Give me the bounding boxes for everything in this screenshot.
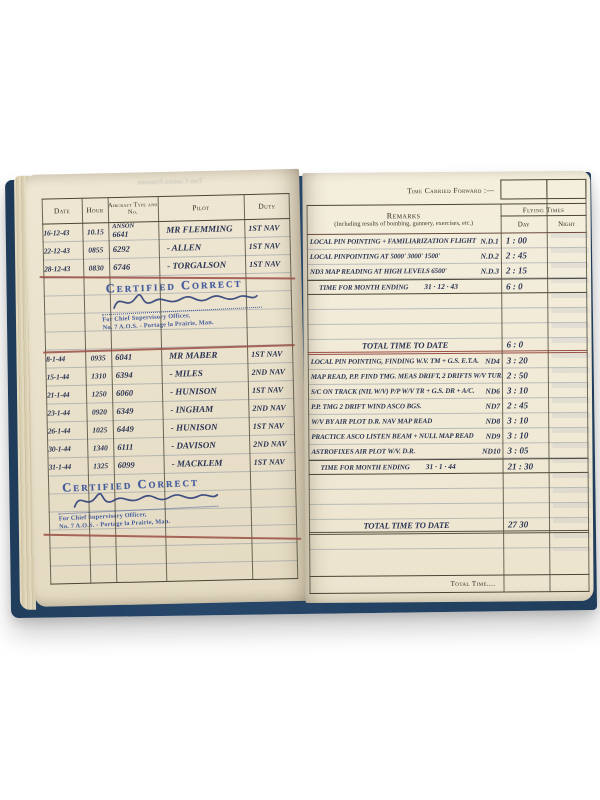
month-ending-label: Time for Month Ending: [319, 283, 408, 292]
aircraft-cell: 6746: [109, 262, 159, 272]
certified-correct-stamp: Certified Correct For Chief Supervisory …: [43, 273, 292, 333]
carried-forward-day-box: [500, 179, 546, 199]
date-cell: 23-1-44: [46, 408, 86, 416]
hour-cell: 1250: [86, 390, 112, 398]
day-night-headers: Day Night: [501, 216, 587, 234]
aircraft-cell: 6099: [114, 460, 164, 470]
flying-times-header: Flying Times Day Night: [501, 204, 587, 233]
signature-scribble: [110, 287, 261, 314]
aircraft-cell: 6292: [109, 244, 159, 254]
month-ending-date: 31 · 1 · 44: [424, 462, 456, 471]
hour-cell: 1325: [88, 462, 114, 470]
total-time-footer-row: Total Time....: [309, 574, 589, 594]
day-time-cell: 2 : 50: [502, 370, 548, 380]
bleed-through-text: Time Carried Forward: [85, 176, 255, 188]
total-label: Total Time to Date: [362, 340, 448, 351]
duty-cell: 2nd Nav: [248, 403, 294, 412]
date-cell: 21-1-44: [46, 390, 86, 398]
remarks-text: ND3 Map Reading at High Levels 6500': [310, 267, 447, 276]
date-cell: 31-1-44: [48, 462, 88, 470]
remarks-text: S/C on Track (Nil W/V) P/P W/V TR + G.S.…: [311, 387, 474, 396]
remarks-text: Practice ASCO Listen Beam + Null Map Rea…: [311, 432, 473, 441]
aircraft-header: Aircraft Type and No.: [108, 202, 158, 217]
duty-cell: 2nd Nav: [249, 439, 295, 448]
remarks-text: Local Pinpointing at 5000' 3000' 1500': [310, 252, 440, 261]
day-time-cell: 2 : 45: [501, 250, 547, 260]
hour-cell: 0920: [86, 408, 112, 416]
date-cell: 8-1-44: [45, 354, 85, 362]
aircraft-number: 6641: [112, 230, 158, 239]
day-time-cell: 2 : 15: [501, 265, 547, 275]
pilot-cell: - Torgalson: [159, 260, 245, 271]
hour-cell: 0935: [85, 354, 111, 362]
date-cell: 28-12-43: [43, 264, 83, 272]
hour-cell: 0830: [83, 264, 109, 272]
total-day: 6 : 0: [502, 339, 548, 349]
total-label: Total Time to Date: [363, 520, 449, 531]
aircraft-cell: 6060: [112, 388, 162, 398]
day-header: Day: [501, 216, 547, 233]
hour-cell: 1310: [86, 372, 112, 380]
aircraft-cell: 6041: [111, 352, 161, 362]
date-cell: 16-12-43: [42, 229, 82, 237]
month-total-day: 6 : 0: [501, 281, 547, 291]
hour-cell: 0855: [83, 246, 109, 254]
pilot-cell: - Allen: [159, 242, 245, 253]
remarks-text: Map Read, P.P. Find Tmg. Meas Drift, 2 D…: [311, 372, 502, 381]
aircraft-cell: 6449: [113, 424, 163, 434]
day-time-cell: 2 : 45: [502, 400, 548, 410]
certified-correct-stamp: Certified Correct For Chief Supervisory …: [48, 471, 297, 531]
pilot-cell: - Ingham: [162, 404, 248, 415]
open-logbook: Time Carried Forward Date Hour Aircraft …: [5, 164, 597, 620]
exercise-ref: ND8: [484, 416, 501, 425]
pilot-header: Pilot: [158, 203, 244, 213]
duty-cell: 1st Nav: [245, 242, 291, 251]
pilot-cell: Mr Maber: [161, 350, 247, 361]
left-log-table: Date Hour Aircraft Type and No. Pilot Du…: [42, 193, 299, 585]
flying-times-title: Flying Times: [501, 204, 587, 217]
month-ending-label: Time for Month Ending: [321, 463, 410, 472]
remarks-text: Local Pin Pointing + Familiarization Fli…: [310, 237, 476, 246]
date-cell: 15-1-44: [46, 372, 86, 380]
logbook-photo: Time Carried Forward Date Hour Aircraft …: [0, 0, 600, 800]
aircraft-cell: 6394: [112, 370, 162, 380]
date-cell: 26-1-44: [47, 426, 87, 434]
remarks-text: W/V by Air Plot D.R. Nav Map Read: [311, 417, 432, 426]
duty-cell: 1st Nav: [250, 457, 296, 466]
pilot-cell: - Hunison: [162, 386, 248, 397]
date-header: Date: [42, 207, 82, 216]
pilot-cell: - Davison: [163, 440, 249, 451]
day-time-cell: 3 : 10: [502, 385, 548, 395]
exercise-ref: ND7: [483, 401, 500, 410]
aircraft-cell: 6349: [112, 406, 162, 416]
hour-cell: 1025: [87, 426, 113, 434]
total-day: 27 30: [503, 519, 549, 529]
carried-forward-night-box: [546, 179, 586, 199]
date-cell: 22-12-43: [43, 246, 83, 254]
duty-cell: 2nd Nav: [248, 367, 294, 376]
right-table-header: Remarks (Including results of bombing, g…: [307, 203, 587, 235]
duty-cell: 1st Nav: [244, 224, 290, 233]
remarks-text: P.P. Tmg 2 Drift Wind ASCO BGS.: [311, 402, 421, 411]
date-cell: 30-1-44: [47, 444, 87, 452]
hour-cell: 1340: [87, 444, 113, 452]
hour-header: Hour: [82, 206, 108, 215]
remarks-text: AstroFixes Air Plot W/V. D.R.: [311, 447, 415, 456]
duty-cell: 1st Nav: [245, 260, 291, 269]
time-carried-forward-row: Time Carried Forward :—: [306, 179, 586, 201]
total-time-label: Total Time....: [309, 580, 503, 590]
time-carried-forward-label: Time Carried Forward :—: [306, 185, 500, 196]
remarks-header: Remarks (Including results of bombing, g…: [307, 205, 501, 235]
duty-header: Duty: [244, 202, 290, 211]
pilot-cell: - Hunison: [163, 422, 249, 433]
remarks-text: Local Pin Pointing, Finding W.V. Tm + G.…: [311, 357, 479, 366]
right-log-table: Time Carried Forward :— Remarks (Includi…: [306, 179, 589, 594]
day-time-cell: 3 : 10: [502, 415, 548, 425]
exercise-ref: N.D.1: [478, 236, 498, 245]
day-time-cell: 1 : 00: [501, 235, 547, 245]
night-header: Night: [547, 216, 587, 233]
duty-cell: 1st Nav: [247, 349, 293, 358]
month-ending-date: 31 · 12 · 43: [422, 282, 458, 291]
aircraft-cell: 6111: [113, 442, 163, 452]
pilot-cell: - Macklem: [164, 458, 250, 469]
right-page: Time Carried Forward :— Remarks (Includi…: [302, 171, 593, 603]
aircraft-cell: Anson 6641: [108, 223, 158, 239]
day-time-cell: 3 : 05: [502, 445, 548, 455]
pilot-cell: Mr Flemming: [158, 224, 244, 235]
left-page: Time Carried Forward Date Hour Aircraft …: [25, 169, 309, 607]
duty-cell: 1st Nav: [249, 421, 295, 430]
pilot-cell: - Miles: [162, 368, 248, 379]
day-time-cell: 3 : 10: [502, 430, 548, 440]
hour-cell: 10.15: [82, 228, 108, 236]
duty-cell: 1st Nav: [248, 385, 294, 394]
exercise-ref: N.D.3: [479, 266, 499, 275]
exercise-ref: ND6: [483, 386, 500, 395]
signature-scribble: [70, 486, 221, 513]
day-time-cell: 3 : 20: [502, 355, 548, 365]
exercise-ref: ND9: [484, 431, 501, 440]
remarks-subtitle: (Including results of bombing, gunnery, …: [307, 219, 501, 228]
exercise-ref: ND10: [480, 446, 500, 455]
empty-space: [309, 548, 589, 576]
exercise-ref: ND4: [483, 356, 500, 365]
month-total-day: 21 : 30: [503, 461, 549, 471]
exercise-ref: N.D.2: [479, 251, 499, 260]
